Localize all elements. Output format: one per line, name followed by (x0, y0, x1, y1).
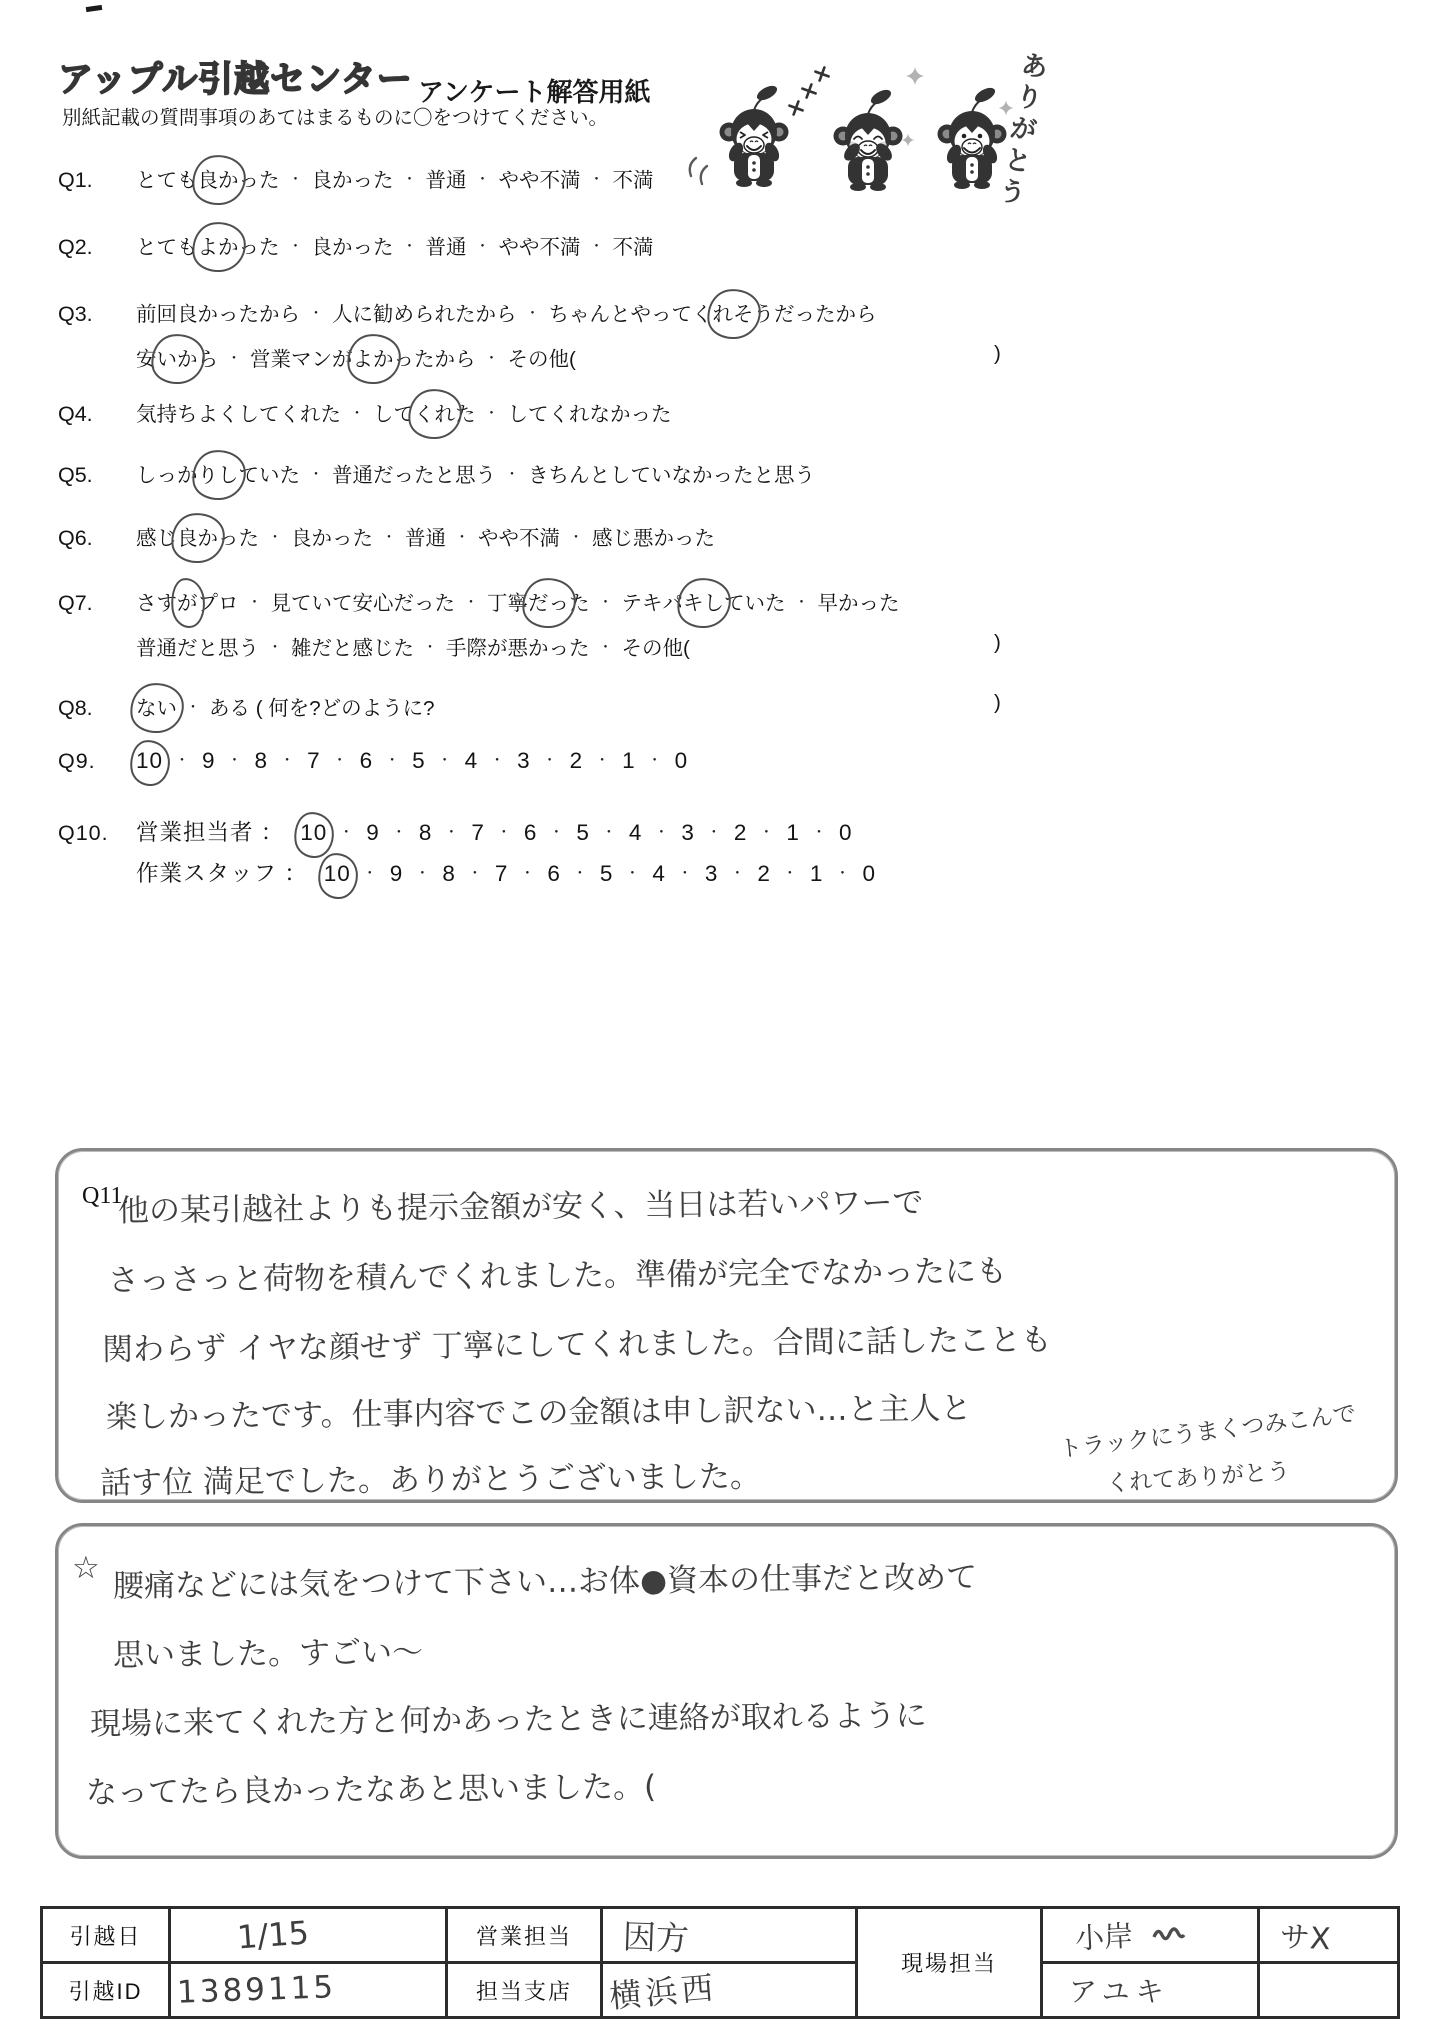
handwritten-comment-line: さっさっと荷物を積んでくれました。準備が完全でなかったにも (108, 1245, 1007, 1299)
question-options: 安いから・営業マンがよかったから・その他( (136, 348, 576, 371)
answer-option[interactable]: ある ( 何を?どのように? (209, 697, 435, 720)
option-separator: ・ (648, 750, 663, 770)
question-id: Q9. (58, 749, 136, 774)
handwritten-comment-line: 腰痛などには気をつけて下さい…お体●資本の仕事だと改めて (113, 1551, 977, 1605)
handwritten-comment-line: なってたら良かったなあと思いました。( (86, 1761, 657, 1812)
site-staff-1-value: 小岸 (1074, 1913, 1134, 1957)
option-separator: ・ (248, 592, 262, 612)
answer-option[interactable]: 雑だと感じた (291, 637, 414, 660)
site-staff-cell-1[interactable]: 小岸 (1042, 1908, 1259, 1963)
answer-option[interactable]: 6 (360, 748, 374, 773)
option-separator: ・ (455, 527, 469, 547)
answer-option[interactable]: 1 (622, 748, 636, 773)
option-separator: ・ (795, 592, 809, 612)
option-separator: ・ (175, 750, 190, 770)
question-options: 普通だと思う・雑だと感じた・手際が悪かった・その他( (136, 637, 690, 660)
handwritten-side-note: トラックにうまくつみこんで (1057, 1395, 1357, 1464)
option-separator: ・ (309, 303, 323, 323)
selected-answer-circle: 10 (136, 748, 163, 774)
option-separator: ・ (438, 750, 453, 770)
sales-rep-label: 営業担当 (447, 1908, 602, 1963)
option-separator: ・ (526, 303, 540, 323)
selected-answer-circle: 良か (198, 163, 239, 193)
question-row: Q3.前回良かったから・人に勧められたから・ちゃんとやってくれそうだったから (58, 297, 877, 327)
answer-option[interactable]: 2 (570, 748, 584, 773)
option-separator: ・ (423, 637, 437, 657)
answer-option[interactable]: 3 (681, 820, 695, 845)
answer-option[interactable]: 1 (786, 820, 800, 845)
question-row: Q8.ない・ある ( 何を?どのように?) (58, 691, 435, 721)
option-separator: ・ (812, 822, 827, 842)
question-row: 普通だと思う・雑だと感じた・手際が悪かった・その他() (58, 631, 690, 661)
answer-option[interactable]: 3 (517, 748, 531, 773)
option-separator: ・ (569, 527, 583, 547)
option-separator: ・ (599, 637, 613, 657)
option-separator: ・ (707, 822, 722, 842)
option-separator: ・ (730, 863, 745, 883)
answer-option[interactable]: 10 (300, 820, 327, 845)
option-separator: ・ (476, 236, 490, 256)
option-separator: ・ (835, 863, 850, 883)
answer-option[interactable]: 不満 (613, 236, 654, 259)
answer-option[interactable]: 7 (471, 820, 485, 845)
option-separator: ・ (599, 592, 613, 612)
option-separator: ・ (392, 822, 407, 842)
option-separator: ・ (228, 750, 243, 770)
question-row: Q2.とてもよかった・良かった・普通・やや不満・不満 (58, 230, 654, 260)
question-options: 作業スタッフ ：10・9・8・7・6・5・4・3・2・1・0 (136, 861, 876, 886)
option-separator: ・ (485, 348, 499, 368)
option-separator: ・ (654, 822, 669, 842)
option-separator: ・ (590, 169, 604, 189)
option-separator: ・ (476, 169, 490, 189)
answer-option[interactable]: とても良かった (136, 169, 280, 192)
sales-rep-value: 因方 (622, 1910, 690, 1959)
question-options: 気持ちよくしてくれた・してくれた・してくれなかった (136, 403, 672, 426)
option-separator: ・ (385, 750, 400, 770)
option-separator: ・ (227, 348, 241, 368)
question-row: Q1.とても良かった・良かった・普通・やや不満・不満 (58, 163, 654, 193)
answer-option[interactable]: 4 (652, 861, 666, 886)
answer-option[interactable]: 丁寧だった (487, 592, 590, 615)
option-separator: ・ (543, 750, 558, 770)
answer-option[interactable]: 営業マンがよかったから (250, 348, 476, 371)
q11-comment-box[interactable]: Q11. 他の某引越社よりも提示金額が安く、当日は若いパワーで さっさっと荷物を… (55, 1148, 1398, 1503)
answer-option[interactable]: 6 (524, 820, 538, 845)
option-separator: ・ (444, 822, 459, 842)
option-separator: ・ (403, 236, 417, 256)
answer-option[interactable]: 4 (629, 820, 643, 845)
selected-answer-circle: よか (353, 342, 394, 372)
answer-option[interactable]: ない (136, 697, 177, 720)
question-row: Q5.しっかりしていた・普通だったと思う・きちんとしていなかったと思う (58, 458, 815, 488)
selected-answer-circle: くれ (414, 397, 455, 427)
option-separator: ・ (268, 637, 282, 657)
question-row: 作業スタッフ ：10・9・8・7・6・5・4・3・2・1・0 (58, 856, 876, 888)
mascot-monkeys-illustration (672, 46, 1017, 212)
selected-answer-circle: 良か (177, 521, 218, 551)
question-options: とても良かった・良かった・普通・やや不満・不満 (136, 169, 654, 192)
answer-option[interactable]: 良かった (291, 527, 373, 550)
answer-option[interactable]: さすがプロ (136, 592, 239, 615)
option-separator: ・ (497, 822, 512, 842)
handwritten-side-note: くれてありがとう (1105, 1453, 1291, 1499)
answer-option[interactable]: 7 (307, 748, 321, 773)
sales-rep-cell[interactable]: 因方 (602, 1908, 857, 1963)
selected-answer-circle: いか (157, 342, 198, 372)
option-separator: ・ (490, 750, 505, 770)
option-separator: ・ (382, 527, 396, 547)
answer-option[interactable]: しっかりしていた (136, 464, 300, 487)
close-paren: ) (994, 342, 1001, 366)
question-options: 営業担当者 ：10・9・8・7・6・5・4・3・2・1・0 (136, 820, 852, 845)
move-date-label: 引越日 (42, 1908, 170, 1963)
selected-answer-circle: だっ (528, 586, 569, 616)
selected-answer-circle: 10 (300, 820, 327, 846)
question-id: Q7. (58, 591, 136, 616)
option-separator: ・ (602, 822, 617, 842)
answer-option[interactable]: きちんとしていなかったと思う (528, 464, 815, 487)
handwritten-comment-line: 関わらず イヤな顔せず 丁寧にしてくれました。合間に話したことも (102, 1314, 1052, 1369)
site-staff-cell-3[interactable]: アユキ (1042, 1963, 1259, 2018)
option-separator: ・ (520, 863, 535, 883)
monkey-2 (834, 87, 903, 191)
company-logo: アップル引越センター (58, 52, 413, 102)
star-comment-box[interactable]: ☆ 腰痛などには気をつけて下さい…お体●資本の仕事だと改めて 思いました。すごい… (55, 1523, 1398, 1859)
handwritten-comment-line: 楽しかったです。仕事内容でこの金額は申し訳ない…と主人と (106, 1382, 972, 1436)
answer-option[interactable]: 良かった (312, 236, 394, 259)
option-separator: ・ (268, 527, 282, 547)
answer-option[interactable]: 9 (202, 748, 216, 773)
option-separator: ・ (363, 863, 378, 883)
answer-option[interactable]: 7 (495, 861, 509, 886)
answer-option[interactable]: やや不満 (499, 236, 581, 259)
answer-option[interactable]: 1 (810, 861, 824, 886)
selected-answer-circle: よか (198, 230, 239, 260)
question-id: Q2. (58, 235, 136, 260)
answer-option[interactable]: 9 (390, 861, 404, 886)
handwritten-comment-line: 現場に来てくれた方と何かあったときに連絡が取れるように (90, 1690, 927, 1744)
answer-option[interactable]: 2 (757, 861, 771, 886)
answer-option[interactable]: 9 (366, 820, 380, 845)
site-staff-2-value: サX (1279, 1912, 1332, 1959)
option-separator: ・ (333, 750, 348, 770)
option-separator: ・ (403, 169, 417, 189)
option-separator: ・ (289, 236, 303, 256)
answer-option[interactable]: 10 (136, 748, 163, 773)
answer-option[interactable]: 感じ悪かった (592, 527, 715, 550)
option-separator: ・ (280, 750, 295, 770)
question-row: Q4.気持ちよくしてくれた・してくれた・してくれなかった (58, 397, 672, 427)
option-separator: ・ (505, 464, 519, 484)
question-options: ない・ある ( 何を?どのように? (136, 697, 435, 720)
answer-option[interactable]: 5 (412, 748, 426, 773)
option-separator: ・ (186, 697, 200, 717)
option-separator: ・ (468, 863, 483, 883)
answer-option[interactable]: 5 (600, 861, 614, 886)
answer-option[interactable]: 普通だったと思う (332, 464, 496, 487)
answer-option[interactable]: やや不満 (499, 169, 581, 192)
rating-target-label: 営業担当者 ： (136, 820, 284, 845)
answer-option[interactable]: 4 (465, 748, 479, 773)
answer-option[interactable]: その他( (508, 348, 576, 371)
answer-option[interactable]: 見ていて安心だった (271, 592, 456, 615)
answer-option[interactable]: 不満 (613, 169, 654, 192)
question-options: さすがプロ・見ていて安心だった・丁寧だった・テキパキしていた・早かった (136, 592, 900, 615)
answer-option[interactable]: 感じ良かった (136, 527, 259, 550)
selected-answer-circle: りし (198, 458, 239, 488)
site-staff-cell-2[interactable]: サX (1259, 1908, 1399, 1963)
site-staff-label: 現場担当 (857, 1908, 1042, 2018)
answer-option[interactable]: ちゃんとやってくれそうだったから (549, 303, 877, 326)
star-icon: ☆ (72, 1550, 100, 1586)
answer-option[interactable]: 前回良かったから (136, 303, 300, 326)
question-id: Q5. (58, 463, 136, 488)
question-id: Q8. (58, 696, 136, 721)
answer-option[interactable]: 早かった (818, 592, 900, 615)
plus-sparks (787, 65, 831, 117)
scribble-mark (1151, 1925, 1187, 1941)
move-date-value: 1/15 (236, 1914, 310, 1957)
answer-option[interactable]: 気持ちよくしてくれた (136, 403, 341, 426)
option-separator: ・ (759, 822, 774, 842)
close-paren: ) (994, 691, 1001, 715)
option-separator: ・ (549, 822, 564, 842)
answer-option[interactable]: 0 (862, 861, 876, 886)
question-row: 安いから・営業マンがよかったから・その他() (58, 342, 576, 372)
option-separator: ・ (625, 863, 640, 883)
motion-lines (690, 158, 707, 184)
answer-option[interactable]: 良かった (312, 169, 394, 192)
option-separator: ・ (485, 403, 499, 423)
move-date-cell[interactable]: 1/15 (170, 1908, 447, 1963)
question-options: とてもよかった・良かった・普通・やや不満・不満 (136, 236, 654, 259)
question-id: Q1. (58, 168, 136, 193)
question-options: 10・9・8・7・6・5・4・3・2・1・0 (136, 748, 688, 773)
answer-option[interactable]: 普通 (426, 169, 467, 192)
option-separator: ・ (464, 592, 478, 612)
answer-option[interactable]: 10 (324, 861, 351, 886)
rating-target-label: 作業スタッフ ： (136, 861, 308, 886)
question-id: Q4. (58, 402, 136, 427)
option-separator: ・ (339, 822, 354, 842)
answer-option[interactable]: 普通だと思う (136, 637, 259, 660)
selected-answer-circle: 10 (324, 861, 351, 887)
question-id: Q10. (58, 821, 136, 846)
option-separator: ・ (573, 863, 588, 883)
monkey-1 (720, 83, 789, 187)
survey-sheet: アップル引越センター アンケート解答用紙 別紙記載の質問事項のあてはまるものに〇… (0, 0, 1433, 2023)
answer-option[interactable]: 手際が悪かった (446, 637, 590, 660)
question-id: Q3. (58, 302, 136, 327)
answer-option[interactable]: 3 (705, 861, 719, 886)
instruction-text: 別紙記載の質問事項のあてはまるものに〇をつけてください。 (62, 102, 608, 130)
answer-option[interactable]: 5 (576, 820, 590, 845)
answer-option[interactable]: してくれた (373, 403, 476, 426)
handwritten-comment-line: 話す位 満足でした。ありがとうございました。 (100, 1451, 761, 1503)
answer-option[interactable]: 人に勧められたから (332, 303, 517, 326)
job-info-table: 引越日 1/15 営業担当 因方 現場担当 小岸 サX 引越ID 1389115… (40, 1906, 1400, 2019)
selected-answer-circle: キし (683, 586, 724, 616)
answer-option[interactable]: 2 (734, 820, 748, 845)
question-options: しっかりしていた・普通だったと思う・きちんとしていなかったと思う (136, 464, 815, 487)
question-row: Q10.営業担当者 ：10・9・8・7・6・5・4・3・2・1・0 (58, 815, 852, 847)
selected-answer-circle: が (177, 586, 198, 616)
option-separator: ・ (678, 863, 693, 883)
answer-option[interactable]: 安いから (136, 348, 218, 371)
branch-cell[interactable]: 横浜西 (602, 1963, 857, 2018)
branch-label: 担当支店 (447, 1963, 602, 2018)
answer-option[interactable]: とてもよかった (136, 236, 280, 259)
option-separator: ・ (289, 169, 303, 189)
option-separator: ・ (590, 236, 604, 256)
scan-mark (86, 5, 103, 12)
site-staff-3-value: アユキ (1069, 1970, 1170, 2010)
answer-option[interactable]: やや不満 (478, 527, 560, 550)
close-paren: ) (994, 631, 1001, 655)
answer-option[interactable]: 普通 (405, 527, 446, 550)
move-id-cell[interactable]: 1389115 (170, 1963, 447, 2018)
answer-option[interactable]: 6 (547, 861, 561, 886)
option-separator: ・ (595, 750, 610, 770)
answer-option[interactable]: 8 (442, 861, 456, 886)
question-row: Q6.感じ良かった・良かった・普通・やや不満・感じ悪かった (58, 521, 715, 551)
question-row: Q9.10・9・8・7・6・5・4・3・2・1・0 (58, 748, 688, 774)
handwritten-comment-line: 思いました。すごい〜 (113, 1626, 423, 1674)
answer-option[interactable]: 0 (839, 820, 853, 845)
answer-option[interactable]: 普通 (426, 236, 467, 259)
option-separator: ・ (415, 863, 430, 883)
option-separator: ・ (350, 403, 364, 423)
answer-option[interactable]: テキパキしていた (622, 592, 786, 615)
table-row: 引越ID 1389115 担当支店 横浜西 アユキ (42, 1963, 1399, 2018)
move-id-value: 1389115 (176, 1969, 336, 2011)
table-row: 引越日 1/15 営業担当 因方 現場担当 小岸 サX (42, 1908, 1399, 1963)
handwritten-comment-line: 他の某引越社よりも提示金額が安く、当日は若いパワーで (118, 1177, 924, 1230)
selected-answer-circle: れそ (713, 297, 754, 327)
answer-option[interactable]: 0 (675, 748, 689, 773)
selected-answer-circle: ない (136, 691, 177, 721)
option-separator: ・ (783, 863, 798, 883)
branch-value: 横浜西 (607, 1962, 719, 2017)
answer-option[interactable]: その他( (622, 637, 690, 660)
answer-option[interactable]: 8 (255, 748, 269, 773)
question-id: Q6. (58, 526, 136, 551)
question-options: 前回良かったから・人に勧められたから・ちゃんとやってくれそうだったから (136, 303, 877, 326)
option-separator: ・ (309, 464, 323, 484)
move-id-label: 引越ID (42, 1963, 170, 2018)
site-staff-cell-4[interactable] (1259, 1963, 1399, 2018)
question-row: Q7.さすがプロ・見ていて安心だった・丁寧だった・テキパキしていた・早かった (58, 586, 900, 616)
answer-option[interactable]: してくれなかった (508, 403, 672, 426)
answer-option[interactable]: 8 (419, 820, 433, 845)
question-options: 感じ良かった・良かった・普通・やや不満・感じ悪かった (136, 527, 715, 550)
